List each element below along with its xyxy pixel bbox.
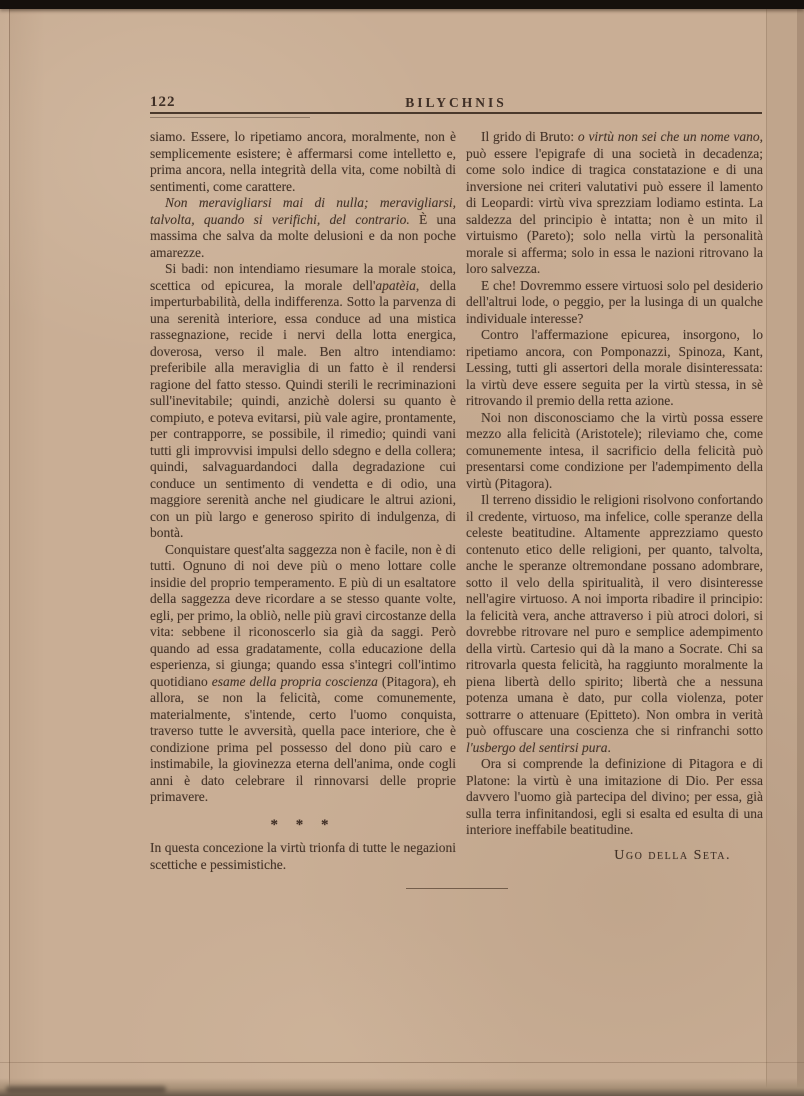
paragraph: Non meravigliarsi mai di nulla; meravigl… — [150, 195, 456, 261]
right-edge-shadow — [797, 9, 804, 1096]
text-segment: Ora si comprende la definizione di Pitag… — [466, 756, 763, 837]
paragraph: Si badi: non intendiamo riesumare la mor… — [150, 261, 456, 542]
paragraph: Contro l'affermazione epicurea, insorgon… — [466, 327, 763, 410]
text-segment: E che! Dovremmo essere virtuosi solo pel… — [466, 278, 763, 326]
author-signature: Ugo della Seta. — [466, 848, 763, 865]
paragraph: In questa concezione la virtù trionfa di… — [150, 840, 456, 873]
right-column: Il grido di Bruto: o virtù non sei che u… — [466, 129, 763, 864]
article-end-rule — [406, 888, 508, 889]
bottom-left-smudge — [6, 1086, 166, 1093]
page-top-dark-edge — [0, 0, 804, 9]
text-segment: siamo. Essere, lo ripetiamo ancora, mora… — [150, 129, 456, 194]
right-fold-line — [766, 9, 767, 1096]
header-rule — [150, 112, 762, 114]
two-column-layout: siamo. Essere, lo ripetiamo ancora, mora… — [150, 129, 763, 873]
text-segment: In questa concezione la virtù trionfa di… — [150, 840, 456, 872]
paragraph: Noi non disconosciamo che la virtù possa… — [466, 410, 763, 493]
left-page-edge — [0, 9, 9, 1096]
italic-segment: esame della propria coscienza — [212, 674, 378, 689]
italic-segment: o virtù non sei che un nome vano — [578, 129, 760, 144]
paragraph: Ora si comprende la definizione di Pitag… — [466, 756, 763, 839]
text-segment: , della imperturbabilità, della indiffer… — [150, 278, 456, 541]
asterisk-separator: * * * — [150, 817, 456, 834]
header-rule-secondary — [150, 117, 310, 118]
text-segment: Il terreno dissidio le religioni risolvo… — [466, 492, 763, 738]
left-column: siamo. Essere, lo ripetiamo ancora, mora… — [150, 129, 456, 873]
scanned-page: 122 BILYCHNIS siamo. Essere, lo ripetiam… — [0, 0, 804, 1096]
paragraph: Conquistare quest'alta saggezza non è fa… — [150, 542, 456, 806]
text-segment: Noi non disconosciamo che la virtù possa… — [466, 410, 763, 491]
text-segment: Conquistare quest'alta saggezza non è fa… — [150, 542, 456, 689]
paragraph: E che! Dovremmo essere virtuosi solo pel… — [466, 278, 763, 328]
paragraph: Il grido di Bruto: o virtù non sei che u… — [466, 129, 763, 278]
paragraph: Il terreno dissidio le religioni risolvo… — [466, 492, 763, 756]
left-crease-line — [9, 9, 10, 1096]
text-segment: , può essere l'epigrafe di una società i… — [466, 129, 763, 276]
article-body: siamo. Essere, lo ripetiamo ancora, mora… — [150, 129, 763, 889]
bottom-page-edge-line — [0, 1062, 804, 1063]
italic-segment: l'usbergo del sentirsi pura — [466, 740, 608, 755]
text-segment: Il grido di Bruto: — [481, 129, 578, 144]
text-segment: . — [608, 740, 611, 755]
italic-segment: apatèia — [375, 278, 416, 293]
running-title: BILYCHNIS — [150, 95, 762, 111]
text-segment: Contro l'affermazione epicurea, insorgon… — [466, 327, 763, 408]
text-segment: (Pitagora), eh allora, se non la felicit… — [150, 674, 456, 805]
paragraph: siamo. Essere, lo ripetiamo ancora, mora… — [150, 129, 456, 195]
page-header: 122 BILYCHNIS — [150, 94, 762, 112]
